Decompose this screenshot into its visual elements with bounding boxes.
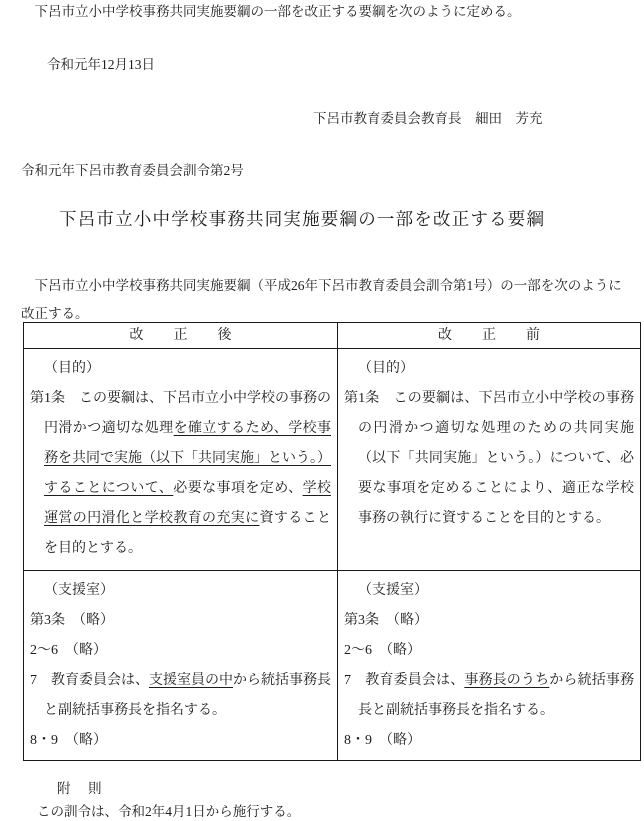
paragraph: 8・9 （略） [344,726,634,756]
paragraph: （支援室） [30,576,331,606]
text-segment: 第3条 （略） [344,613,428,628]
paragraph: （目的） [344,354,634,384]
paragraph: 第3条 （略） [344,606,634,636]
preamble: 下呂市立小中学校事務共同実施要綱（平成26年下呂市教育委員会訓令第1号）の一部を… [21,272,635,328]
cell-after-office: （支援室）第3条 （略）2～6 （略）7 教育委員会は、支援室員の中から統括事務… [24,571,338,761]
document-title: 下呂市立小中学校事務共同実施要綱の一部を改正する要綱 [59,210,545,228]
table-row: （目的）第1条 この要綱は、下呂市立小中学校の事務の円滑かつ適切な処理を確立する… [24,349,641,571]
amended-text: 事務長のうち [464,673,549,688]
decree-number: 令和元年下呂市教育委員会訓令第2号 [21,162,244,180]
paragraph: 7 教育委員会は、事務長のうちから統括事務長と副統括事務長を指名する。 [344,666,634,726]
text-segment: 8・9 （略） [30,733,107,748]
document-page: 下呂市立小中学校事務共同実施要綱の一部を改正する要綱を次のように定める。 令和元… [0,0,644,821]
paragraph: 8・9 （略） [30,726,331,756]
paragraph: 第1条 この要綱は、下呂市立小中学校の事務の円滑かつ適切な処理を確立するため、学… [30,384,331,564]
text-segment: 8・9 （略） [344,733,421,748]
text-segment: 第1条 この要綱は、下呂市立小中学校の事務の円滑かつ適切な処理のための共同実施（… [344,391,634,526]
supplement-heading: 附 則 [57,780,104,798]
text-segment: 必要な事項を定め、 [173,481,302,496]
supplement-text: この訓令は、令和2年4月1日から施行する。 [37,803,300,821]
amended-text: 支援室員の中 [149,673,233,688]
table-row: （支援室）第3条 （略）2～6 （略）7 教育委員会は、支援室員の中から統括事務… [24,571,641,761]
text-segment: 2～6 （略） [344,643,421,658]
col-header-before: 改 正 前 [338,323,641,349]
paragraph: （支援室） [344,576,634,606]
paragraph: 7 教育委員会は、支援室員の中から統括事務長と副統括事務長を指名する。 [30,666,331,726]
cell-before-office: （支援室）第3条 （略）2～6 （略）7 教育委員会は、事務長のうちから統括事務… [338,571,641,761]
paragraph: 2～6 （略） [30,636,331,666]
paragraph: 2～6 （略） [344,636,634,666]
paragraph: 第1条 この要綱は、下呂市立小中学校の事務の円滑かつ適切な処理のための共同実施（… [344,384,634,534]
paragraph: （目的） [30,354,331,384]
cell-before-purpose: （目的）第1条 この要綱は、下呂市立小中学校の事務の円滑かつ適切な処理のための共… [338,349,641,571]
text-segment: （支援室） [44,583,114,598]
comparison-table: 改 正 後 改 正 前 （目的）第1条 この要綱は、下呂市立小中学校の事務の円滑… [23,322,641,761]
text-segment: 7 教育委員会は、 [30,673,149,688]
issue-date: 令和元年12月13日 [47,56,155,74]
col-header-after: 改 正 後 [24,323,338,349]
cell-after-purpose: （目的）第1条 この要綱は、下呂市立小中学校の事務の円滑かつ適切な処理を確立する… [24,349,338,571]
text-segment: 2～6 （略） [30,643,107,658]
text-segment: （支援室） [358,583,428,598]
intro-line: 下呂市立小中学校事務共同実施要綱の一部を改正する要綱を次のように定める。 [21,3,633,21]
table-header-row: 改 正 後 改 正 前 [24,323,641,349]
text-segment: （目的） [358,361,414,376]
text-segment: 7 教育委員会は、 [344,673,464,688]
signer-name: 下呂市教育委員会教育長 細田 芳充 [313,110,543,128]
paragraph: 第3条 （略） [30,606,331,636]
text-segment: 第3条 （略） [30,613,114,628]
text-segment: （目的） [44,361,100,376]
